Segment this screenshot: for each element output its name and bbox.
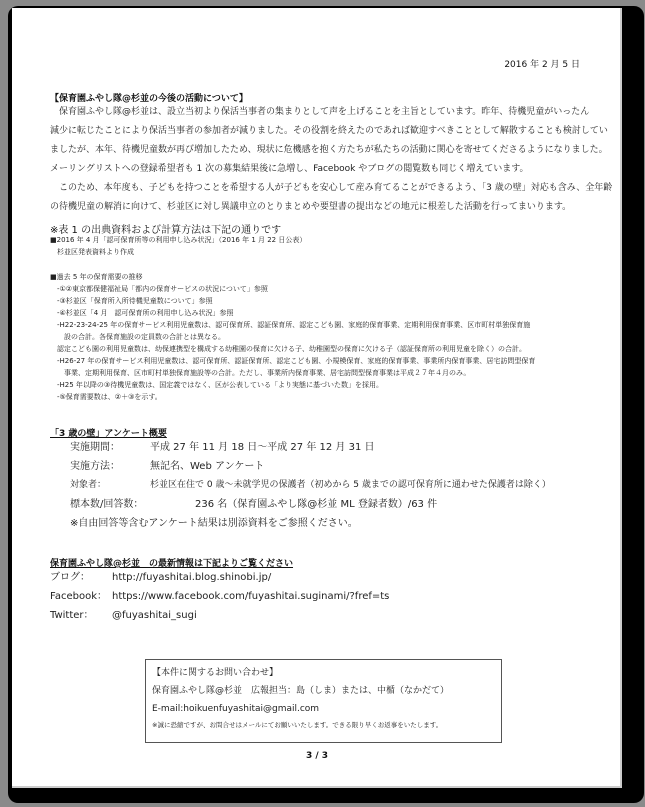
contact-person: 保育園ふやし隊@杉並 広報担当：島（しま）または、中楯（なかだて）	[152, 682, 495, 700]
survey-label: 標本数/回答数：	[70, 495, 195, 514]
contact-note: ※誠に恐縮ですが、お問合せはメールにてお願いいたします。できる限り早くお返事をい…	[152, 718, 495, 732]
survey-value: 杉並区在住で 0 歳〜未就学児の保護者（初めから 5 歳までの認可保育所に通わせ…	[150, 480, 551, 490]
survey-value: 無記名、Web アンケート	[150, 461, 264, 472]
facebook-link[interactable]: https://www.facebook.com/fuyashitai.sugi…	[112, 591, 389, 602]
link-label: ブログ：	[50, 568, 112, 587]
contact-email[interactable]: E-mail:hoikuenfuyashitai@gmail.com	[152, 700, 495, 718]
survey-row: 実施期間：平成 27 年 11 月 18 日〜平成 27 年 12 月 31 日	[70, 438, 551, 457]
paragraph-line: このため、本年度も、子どもを持つことを希望する人が子どもを安心して産み育てること…	[50, 179, 612, 198]
survey-label: 実施方法：	[70, 457, 150, 476]
history-line: 設の合計。各保育施設の定員数の合計とは異なる。	[50, 331, 535, 343]
survey-row: 対象者：杉並区在住で 0 歳〜未就学児の保護者（初めから 5 歳までの認可保育所…	[70, 476, 551, 495]
contact-title: 【本件に関するお問い合わせ】	[152, 664, 495, 682]
survey-value: 平成 27 年 11 月 18 日〜平成 27 年 12 月 31 日	[150, 442, 375, 453]
history-block: ■過去 5 年の保育需要の推移 -①②東京都保健福祉局「都内の保育サービスの状況…	[50, 271, 535, 403]
contact-box: 【本件に関するお問い合わせ】 保育園ふやし隊@杉並 広報担当：島（しま）または、…	[145, 659, 502, 743]
history-line: -④杉並区「4 月 認可保育所の利用申し込み状況」参照	[50, 307, 535, 319]
history-line: -H26-27 年の保育サービス利用児童数は、認可保育所、認証保育所、認定こども…	[50, 355, 535, 367]
survey-note: ※自由回答等含むアンケート結果は別添資料をご参照ください。	[70, 514, 551, 533]
source-block: ■2016 年 4 月「認可保育所等の利用申し込み状況」（2016 年 1 月 …	[50, 234, 306, 258]
activities-paragraph: 保育園ふやし隊@杉並は、設立当初より保活当事者の集まりとして声を上げることを主旨…	[50, 103, 612, 217]
survey-label: 対象者：	[70, 476, 150, 495]
link-label: Twitter：	[50, 606, 112, 625]
survey-row: 標本数/回答数：236 名（保育園ふやし隊@杉並 ML 登録者数）/63 件	[70, 495, 551, 514]
link-row: Twitter：@fuyashitai_sugi	[50, 606, 389, 625]
links-table: ブログ：http://fuyashitai.blog.shinobi.jp/ F…	[50, 568, 389, 625]
page-number: 3 / 3	[12, 751, 622, 761]
source-line: ■2016 年 4 月「認可保育所等の利用申し込み状況」（2016 年 1 月 …	[50, 234, 306, 246]
history-line: -H25 年以降の③待機児童数は、国定義ではなく、区が公表している「より実態に基…	[50, 379, 535, 391]
history-line: 事業、定期利用保育、区市町村単独保育施設等の合計。ただし、事業所内保育事業、居宅…	[50, 367, 535, 379]
paragraph-line: の待機児童の解消に向けて、杉並区に対し異議申立のとりまとめや要望書の提出などの地…	[50, 198, 612, 217]
survey-label: 実施期間：	[70, 438, 150, 457]
history-line: -③杉並区「保育所入所待機児童数について」参照	[50, 295, 535, 307]
paragraph-line: 減少に転じたことにより保活当事者の参加者が減りました。その役割を終えたのであれば…	[50, 122, 612, 141]
source-line: 杉並区発表資料より作成	[50, 246, 306, 258]
paragraph-line: ましたが、本年、待機児童数が再び増加したため、現状に危機感を抱く方たちが私たちの…	[50, 141, 612, 160]
history-line: 認定こども園の利用児童数は、幼保連携型を構成する幼稚園の保育に欠ける子、幼稚園型…	[50, 343, 535, 355]
blog-link[interactable]: http://fuyashitai.blog.shinobi.jp/	[112, 572, 271, 583]
document-date: 2016 年 2 月 5 日	[504, 57, 580, 70]
paragraph-line: メーリングリストへの登録希望者も 1 次の募集結果後に急増し、Facebook …	[50, 160, 612, 179]
survey-row: 実施方法：無記名、Web アンケート	[70, 457, 551, 476]
survey-table: 実施期間：平成 27 年 11 月 18 日〜平成 27 年 12 月 31 日…	[70, 438, 551, 533]
history-line: -①②東京都保健福祉局「都内の保育サービスの状況について」参照	[50, 283, 535, 295]
link-row: ブログ：http://fuyashitai.blog.shinobi.jp/	[50, 568, 389, 587]
history-line: -⑤保育需要数は、②＋③を示す。	[50, 391, 535, 403]
history-line: ■過去 5 年の保育需要の推移	[50, 271, 535, 283]
document-page: 2016 年 2 月 5 日 【保育園ふやし隊@杉並の今後の活動について】 保育…	[12, 8, 622, 788]
paragraph-line: 保育園ふやし隊@杉並は、設立当初より保活当事者の集まりとして声を上げることを主旨…	[50, 103, 612, 122]
twitter-link[interactable]: @fuyashitai_sugi	[112, 610, 197, 621]
link-label: Facebook：	[50, 587, 112, 606]
history-line: -H22-23-24-25 年の保育サービス利用児童数は、認可保育所、認証保育所…	[50, 319, 535, 331]
link-row: Facebook：https://www.facebook.com/fuyash…	[50, 587, 389, 606]
survey-value: 236 名（保育園ふやし隊@杉並 ML 登録者数）/63 件	[195, 499, 437, 510]
